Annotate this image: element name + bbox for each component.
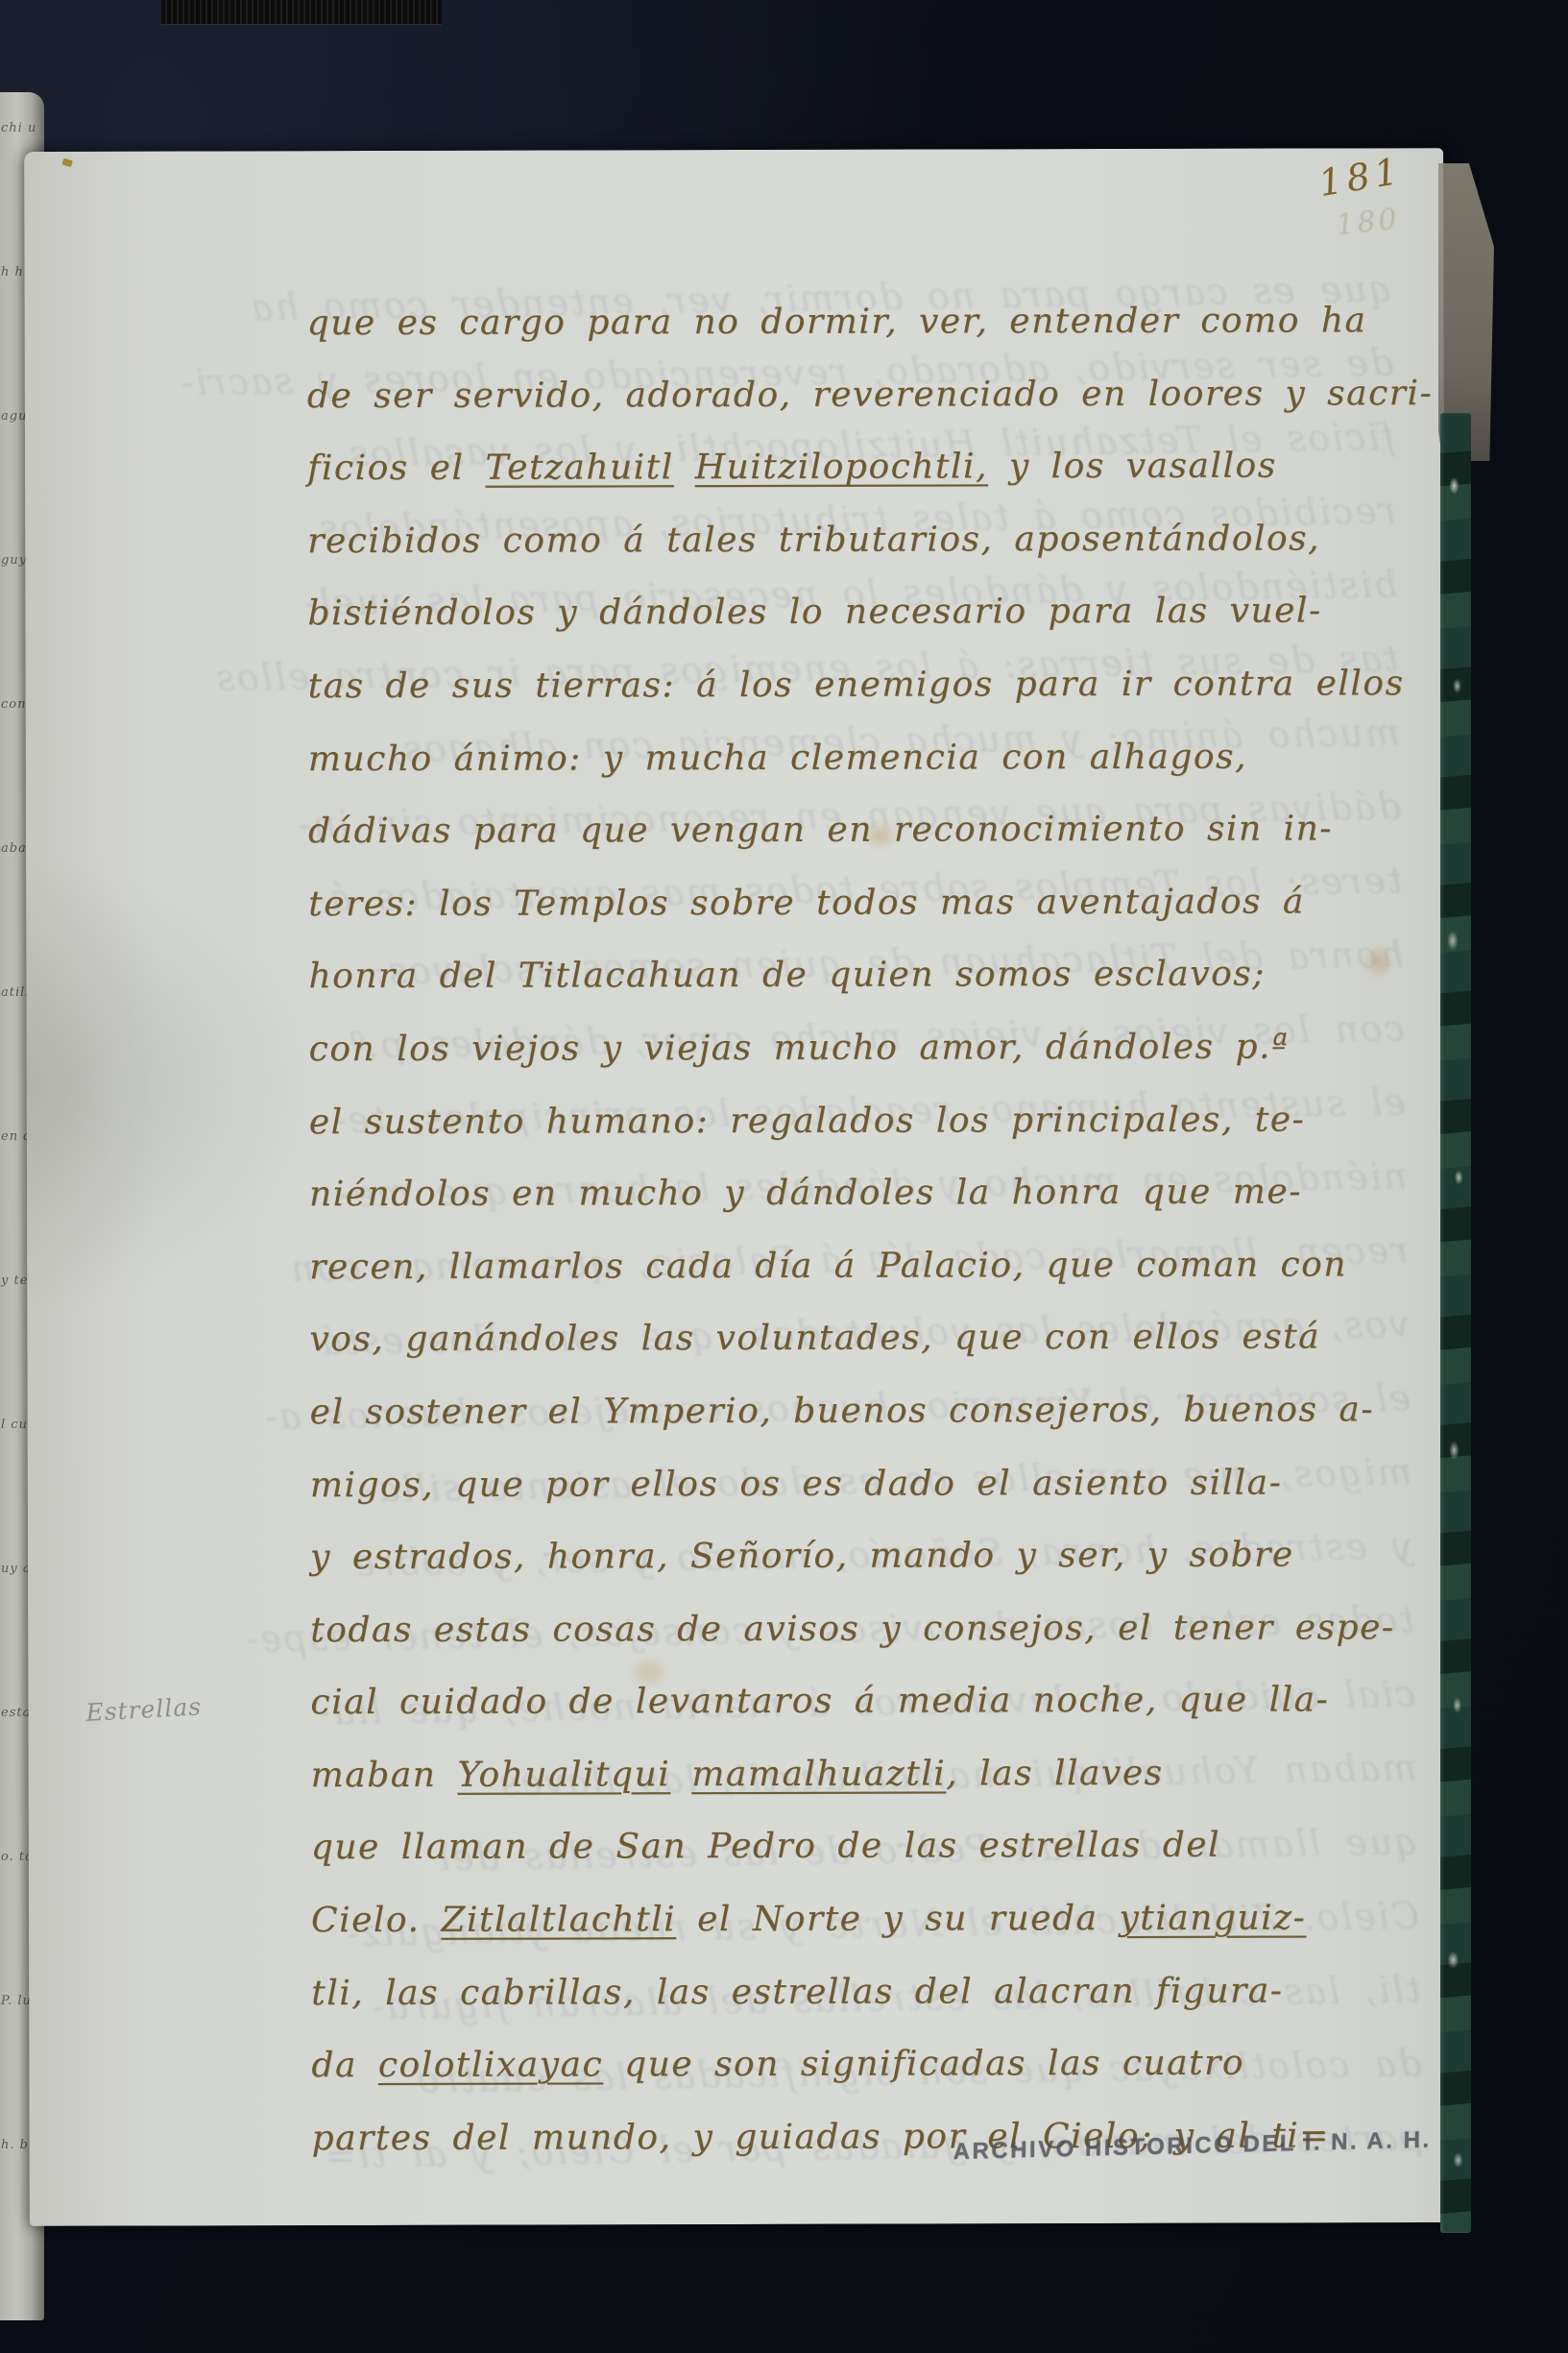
manuscript-line: recen, llamarlos cada día á Palacio, que… <box>309 1228 1435 1304</box>
manuscript-line: migos, que por ellos os es dado el asien… <box>310 1446 1435 1522</box>
gold-fleck <box>61 158 73 167</box>
sliver-text-fragment: agu <box>1 409 27 424</box>
manuscript-lines: que es cargo para no dormir, ver, entend… <box>307 284 1437 2174</box>
manuscript-line: el sustento humano: regalados los princi… <box>309 1083 1435 1159</box>
manuscript-line: que llaman de San Pedro de las estrellas… <box>311 1809 1436 1885</box>
manuscript-line: niéndolos en mucho y dándoles la honra q… <box>309 1155 1435 1231</box>
manuscript-line: Cielo. Zitlaltlachtli el Norte y su rued… <box>311 1881 1436 1957</box>
manuscript-line: de ser servido, adorado, reverenciado en… <box>307 357 1433 433</box>
manuscript-line: teres: los Templos sobre todos mas avent… <box>308 865 1434 941</box>
manuscript-line: mucho ánimo: y mucha clemencia con alhag… <box>308 720 1434 796</box>
manuscript-line: maban Yohualitqui mamalhuaztli, las llav… <box>311 1736 1436 1812</box>
manuscript-line: cial cuidado de levantaros á media noche… <box>310 1663 1435 1739</box>
folio-number: 181 <box>1315 150 1405 205</box>
manuscript-page: que es cargo para no dormir, ver, entend… <box>24 148 1449 2226</box>
ghost-folio-number: 180 <box>1335 203 1402 243</box>
sliver-text-fragment: chi u <box>1 121 36 135</box>
manuscript-line: bistiéndolos y dándoles lo necesario par… <box>307 574 1433 650</box>
book-cover-marble-edge <box>1440 413 1471 2233</box>
margin-note-pencil: Estrellas <box>85 1692 203 1727</box>
manuscript-line: el sostener el Ymperio, buenos consejero… <box>310 1373 1435 1449</box>
manuscript-line: dádivas para que vengan en reconocimient… <box>308 792 1434 868</box>
manuscript-line: tli, las cabrillas, las estrellas del al… <box>311 1954 1436 2030</box>
sliver-text-fragment: uy a <box>1 1562 32 1576</box>
manuscript-line: con los viejos y viejas mucho amor, dánd… <box>309 1010 1435 1086</box>
manuscript-line: recibidos como á tales tributarios, apos… <box>307 502 1433 578</box>
manuscript-line: todas estas cosas de avisos y consejos, … <box>310 1591 1435 1667</box>
manuscript-line: y estrados, honra, Señorío, mando y ser,… <box>310 1518 1435 1594</box>
manuscript-line: que es cargo para no dormir, ver, entend… <box>307 284 1433 360</box>
sliver-text-fragment: y te <box>1 1274 28 1288</box>
top-fabric-strip <box>161 0 442 25</box>
manuscript-line: honra del Titlacahuan de quien somos esc… <box>308 937 1434 1013</box>
manuscript-line: tas de sus tierras: á los enemigos para … <box>308 647 1434 723</box>
manuscript-line: vos, ganándoles las voluntades, que con … <box>309 1300 1435 1376</box>
sliver-text-fragment: l cu <box>1 1418 28 1432</box>
manuscript-line: ficios el Tetzahuitl Huitzilopochtli, y … <box>307 429 1433 505</box>
manuscript-line: da colotlixayac que son significadas las… <box>311 2026 1436 2102</box>
